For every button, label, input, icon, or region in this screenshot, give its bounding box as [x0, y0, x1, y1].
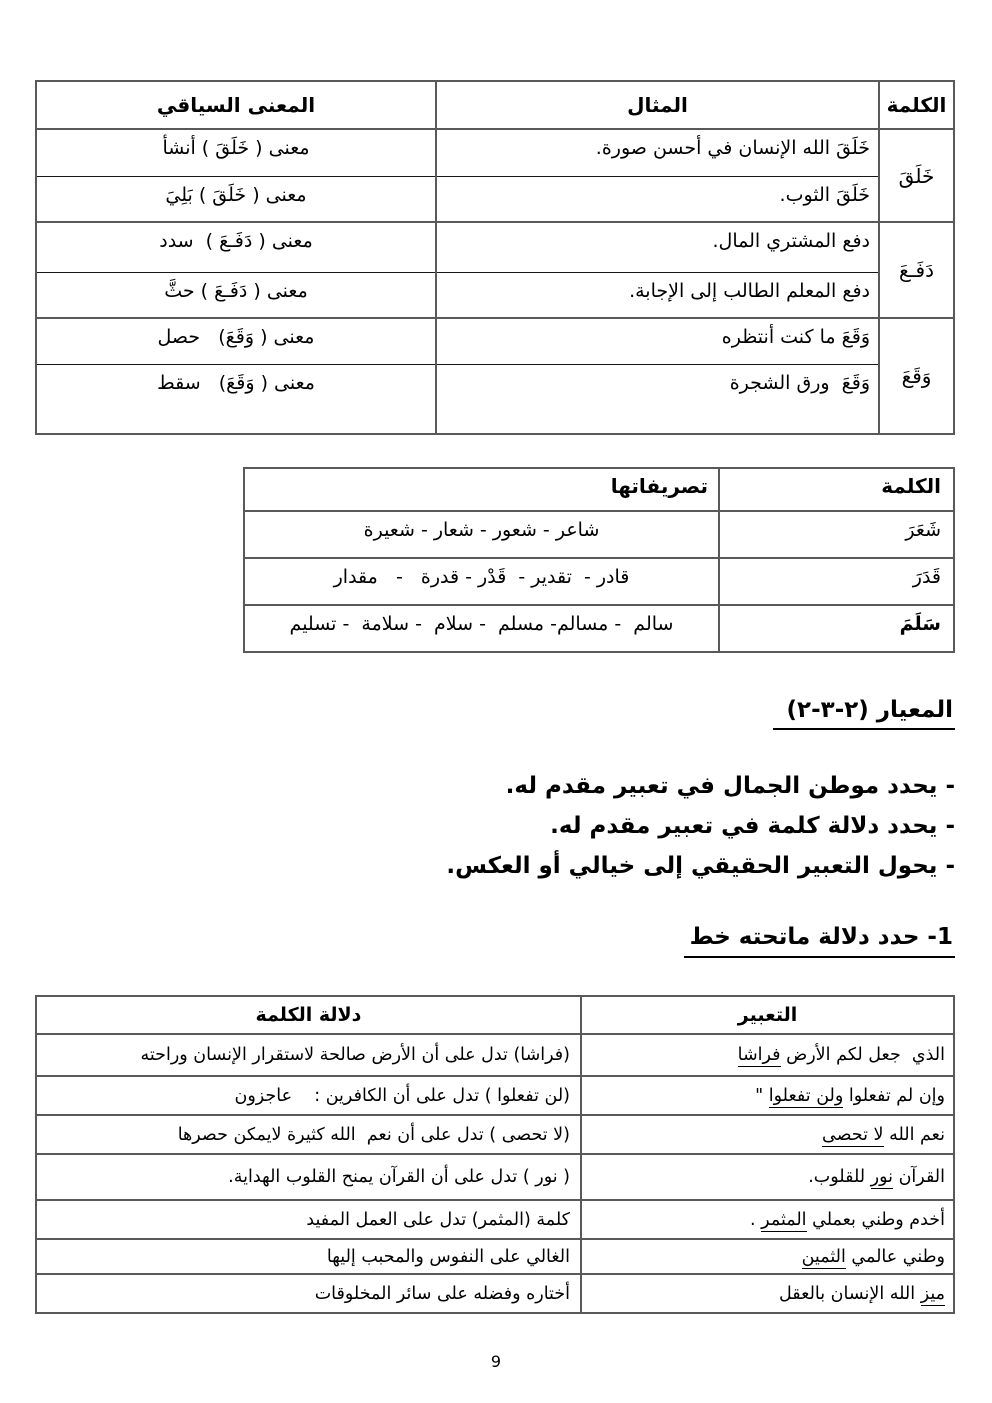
expression-cell: ميز الله الإنسان بالعقل: [581, 1274, 954, 1313]
meaning-cell: معنى ( دَفَـعَ ) سدد: [36, 222, 436, 272]
table2-header-row: الكلمة تصريفاتها: [244, 468, 954, 511]
expression-cell: الذي جعل لكم الأرض فراشا: [581, 1034, 954, 1076]
expression-cell: أخدم وطني بعملي المثمر .: [581, 1200, 954, 1239]
table-row: دَفَـعَدفع المشتري المال.معنى ( دَفَـعَ …: [36, 222, 954, 272]
underlined-word: فراشا: [738, 1045, 781, 1067]
underlined-word: لا تحصى: [822, 1125, 883, 1147]
table1-header-row: الكلمة المثال المعنى السياقي: [36, 81, 954, 129]
derivations-cell: شاعر - شعور - شعار - شعيرة: [244, 511, 719, 558]
table1-header-word: الكلمة: [879, 81, 954, 129]
expression-text: وإن لم تفعلوا: [843, 1086, 945, 1106]
example-cell: دفع المشتري المال.: [436, 222, 879, 272]
meaning-cell: (لن تفعلوا ) تدل على أن الكافرين : عاجزو…: [36, 1076, 581, 1115]
table-row: وطني عالمي الثمينالغالي على النفوس والمح…: [36, 1239, 954, 1274]
underlined-word: نور: [871, 1167, 893, 1189]
expression-text: أخدم وطني بعملي: [807, 1210, 945, 1230]
word-cell: وَقَعَ: [879, 318, 954, 434]
expression-text: للقلوب.: [808, 1167, 870, 1187]
meaning-cell: معنى ( وَقَعَ) حصل: [36, 318, 436, 364]
meaning-cell: معنى ( خَلَقَ ) أنشأ: [36, 129, 436, 176]
expression-text: ": [755, 1086, 769, 1106]
word-derivations-table: الكلمة تصريفاتها شَعَرَشاعر - شعور - شعا…: [243, 467, 955, 653]
expression-text: الله الإنسان بالعقل: [779, 1284, 921, 1304]
expression-cell: القرآن نور للقلوب.: [581, 1154, 954, 1200]
meaning-cell: أختاره وفضله على سائر المخلوقات: [36, 1274, 581, 1313]
word-cell: سَلَمَ: [719, 605, 954, 652]
table-row: الذي جعل لكم الأرض فراشا(فراشا) تدل على …: [36, 1034, 954, 1076]
word-cell: خَلَقَ: [879, 129, 954, 222]
table2-header-word: الكلمة: [719, 468, 954, 511]
table-row: وَقَعَ ورق الشجرةمعنى ( وَقَعَ) سقط: [36, 364, 954, 434]
table-row: أخدم وطني بعملي المثمر .كلمة (المثمر) تد…: [36, 1200, 954, 1239]
expression-text: وطني عالمي: [846, 1247, 945, 1267]
objective-line: - يحدد دلالة كلمة في تعبير مقدم له.: [35, 806, 955, 846]
table-row: وإن لم تفعلوا ولن تفعلوا "(لن تفعلوا ) ت…: [36, 1076, 954, 1115]
table-row: دفع المعلم الطالب إلى الإجابة.معنى ( دَف…: [36, 272, 954, 318]
example-cell: وَقَعَ ورق الشجرة: [436, 364, 879, 434]
table-row: خَلَقَ الثوب.معنى ( خَلَقَ ) بَلِيَ: [36, 176, 954, 222]
expression-meaning-table: التعبير دلالة الكلمة الذي جعل لكم الأرض …: [35, 995, 955, 1314]
example-cell: دفع المعلم الطالب إلى الإجابة.: [436, 272, 879, 318]
derivations-cell: قادر - تقدير - قَدْر - قدرة - مقدار: [244, 558, 719, 605]
word-cell: شَعَرَ: [719, 511, 954, 558]
meaning-cell: ( نور ) تدل على أن القرآن يمنح القلوب ال…: [36, 1154, 581, 1200]
word-contextual-meaning-table: الكلمة المثال المعنى السياقي خَلَقَخَلَق…: [35, 80, 955, 435]
word-cell: قَدَرَ: [719, 558, 954, 605]
table-row: شَعَرَشاعر - شعور - شعار - شعيرة: [244, 511, 954, 558]
example-cell: خَلَقَ الثوب.: [436, 176, 879, 222]
meaning-cell: معنى ( خَلَقَ ) بَلِيَ: [36, 176, 436, 222]
table1-header-example: المثال: [436, 81, 879, 129]
table-row: سَلَمَسالم - مسالم- مسلم - سلام - سلامة …: [244, 605, 954, 652]
meaning-cell: معنى ( دَفَـعَ ) حثَّ: [36, 272, 436, 318]
page-number: 9: [0, 1352, 992, 1371]
meaning-cell: الغالي على النفوس والمحبب إليها: [36, 1239, 581, 1274]
meaning-cell: (لا تحصى ) تدل على أن نعم الله كثيرة لاي…: [36, 1115, 581, 1154]
expression-text: نعم الله: [884, 1125, 945, 1145]
example-cell: خَلَقَ الله الإنسان في أحسن صورة.: [436, 129, 879, 176]
table3-header-row: التعبير دلالة الكلمة: [36, 996, 954, 1034]
expression-cell: وإن لم تفعلوا ولن تفعلوا ": [581, 1076, 954, 1115]
word-cell: دَفَـعَ: [879, 222, 954, 318]
meaning-cell: معنى ( وَقَعَ) سقط: [36, 364, 436, 434]
objective-line: - يحول التعبير الحقيقي إلى خيالي أو العك…: [35, 846, 955, 886]
table-row: قَدَرَقادر - تقدير - قَدْر - قدرة - مقدا…: [244, 558, 954, 605]
table2-header-forms: تصريفاتها: [244, 468, 719, 511]
example-cell: وَقَعَ ما كنت أنتظره: [436, 318, 879, 364]
underlined-word: الثمين: [802, 1247, 846, 1269]
expression-cell: نعم الله لا تحصى: [581, 1115, 954, 1154]
expression-cell: وطني عالمي الثمين: [581, 1239, 954, 1274]
table-row: القرآن نور للقلوب.( نور ) تدل على أن الق…: [36, 1154, 954, 1200]
table-row: خَلَقَخَلَقَ الله الإنسان في أحسن صورة.م…: [36, 129, 954, 176]
table3-header-expression: التعبير: [581, 996, 954, 1034]
table-row: ميز الله الإنسان بالعقلأختاره وفضله على …: [36, 1274, 954, 1313]
underlined-word: ولن تفعلوا: [769, 1086, 844, 1108]
underlined-word: ميز: [921, 1284, 945, 1306]
expression-text: القرآن: [893, 1167, 945, 1187]
underlined-word: المثمر: [761, 1210, 806, 1232]
expression-text: .: [750, 1210, 761, 1230]
derivations-cell: سالم - مسالم- مسلم - سلام - سلامة - تسلي…: [244, 605, 719, 652]
meaning-cell: (فراشا) تدل على أن الأرض صالحة لاستقرار …: [36, 1034, 581, 1076]
objective-line: - يحدد موطن الجمال في تعبير مقدم له.: [35, 766, 955, 806]
worksheet-page: الكلمة المثال المعنى السياقي خَلَقَخَلَق…: [0, 0, 992, 1403]
meaning-cell: كلمة (المثمر) تدل على العمل المفيد: [36, 1200, 581, 1239]
table3-header-meaning: دلالة الكلمة: [36, 996, 581, 1034]
expression-text: الذي جعل لكم الأرض: [781, 1045, 946, 1065]
exercise-heading: 1- حدد دلالة ماتحته خط: [684, 924, 955, 958]
objectives-list: - يحدد موطن الجمال في تعبير مقدم له.- يح…: [35, 766, 955, 886]
table1-header-meaning: المعنى السياقي: [36, 81, 436, 129]
table-row: نعم الله لا تحصى(لا تحصى ) تدل على أن نع…: [36, 1115, 954, 1154]
table-row: وَقَعَوَقَعَ ما كنت أنتظرهمعنى ( وَقَعَ)…: [36, 318, 954, 364]
standard-heading: المعيار (٢-٣-٢): [773, 697, 955, 730]
